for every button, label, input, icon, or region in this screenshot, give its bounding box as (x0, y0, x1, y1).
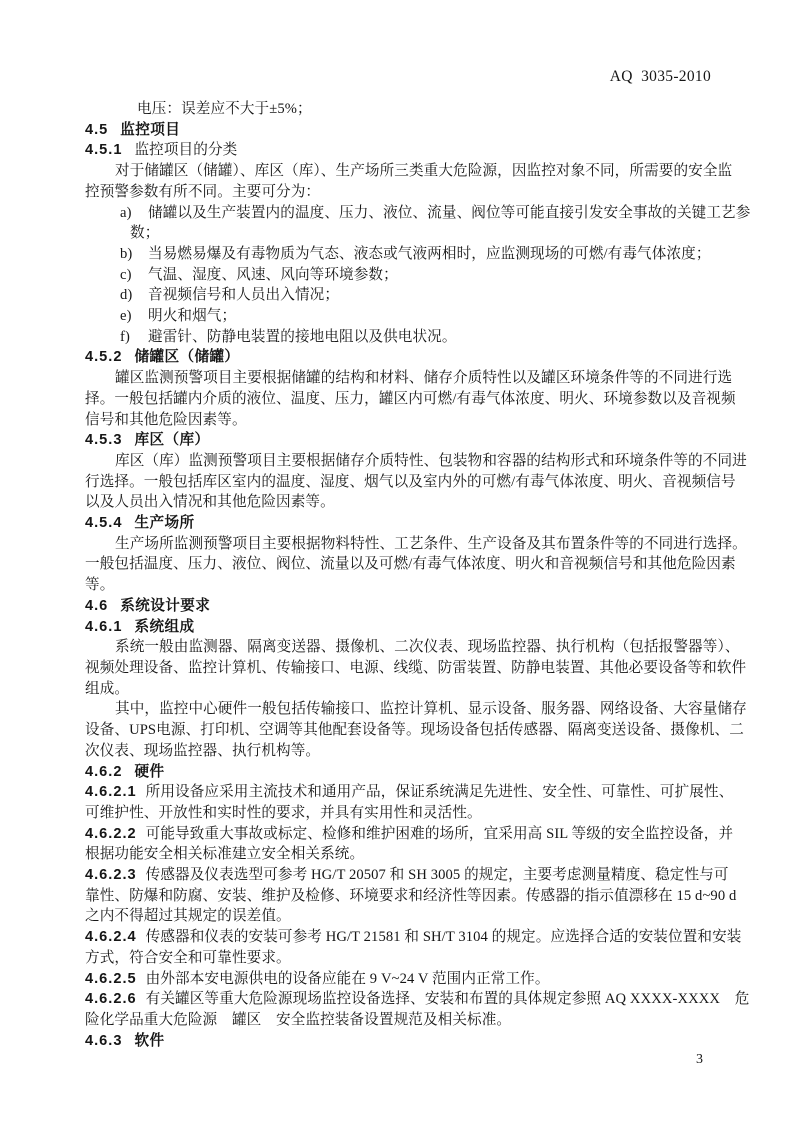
text-line: 视频处理设备、监控计算机、传输接口、电源、线缆、防雷装置、防静电装置、其他必要设… (85, 658, 717, 679)
text-line: 其中，监控中心硬件一般包括传输接口、监控计算机、显示设备、服务器、网络设备、大容… (85, 699, 717, 720)
text-line: 设备、UPS电源、打印机、空调等其他配套设备等。现场设备包括传感器、隔离变送设备… (85, 720, 717, 741)
line-text: 数； (130, 225, 159, 241)
line-text: 监控项目 (120, 122, 180, 138)
clause-number: 4.6.2 (85, 764, 122, 780)
line-text: 硬件 (134, 764, 164, 780)
list-marker: f) (120, 327, 148, 348)
line-text: 库区（库）监测预警项目主要根据储存介质特性、包装物和容器的结构形式和环境条件等的… (115, 453, 747, 469)
subsection-heading: 4.5.1监控项目的分类 (85, 140, 717, 161)
line-text: 系统设计要求 (120, 598, 210, 614)
text-line: 之内不得超过其规定的误差值。 (85, 906, 717, 927)
line-text: 库区（库） (134, 432, 209, 448)
text-line: 择。一般包括罐内介质的液位、温度、压力，罐区内可燃/有毒气体浓度、明火、环境参数… (85, 389, 717, 410)
line-text: 由外部本安电源供电的设备应能在 9 V~24 V 范围内正常工作。 (146, 971, 550, 987)
text-line: 次仪表、现场监控器、执行机构等。 (85, 741, 717, 762)
list-item: f)避雷针、防静电装置的接地电阻以及供电状况。 (85, 327, 717, 348)
line-text: 音视频信号和人员出入情况； (148, 287, 339, 303)
line-text: 以及人员出入情况和其他危险因素等。 (85, 494, 335, 510)
line-text: 系统一般由监测器、隔离变送器、摄像机、二次仪表、现场监控器、执行机构（包括报警器… (115, 639, 740, 655)
text-line: 罐区监测预警项目主要根据储罐的结构和材料、储存介质特性以及罐区环境条件等的不同进… (85, 368, 717, 389)
clause-number: 4.6 (85, 598, 108, 614)
list-marker: d) (120, 285, 148, 306)
text-line: 行选择。一般包括库区室内的温度、湿度、烟气以及室内外的可燃/有毒气体浓度、明火、… (85, 472, 717, 493)
text-line: 根据功能安全相关标准建立安全相关系统。 (85, 844, 717, 865)
line-text: 等。 (85, 577, 114, 593)
list-item: e)明火和烟气； (85, 306, 717, 327)
list-marker: e) (120, 306, 148, 327)
document-body: 电压：误差应不大于±5%；4.5监控项目4.5.1监控项目的分类对于储罐区（储罐… (85, 99, 717, 1051)
section-heading: 4.5监控项目 (85, 120, 717, 141)
list-item: d)音视频信号和人员出入情况； (85, 285, 717, 306)
line-text: 可维护性、开放性和实时性的要求，并具有实用性和灵活性。 (85, 805, 482, 821)
clause-number: 4.6.3 (85, 1033, 122, 1049)
text-line: 对于储罐区（储罐）、库区（库）、生产场所三类重大危险源，因监控对象不同，所需要的… (85, 161, 717, 182)
text-line: 险化学品重大危险源 罐区 安全监控装备设置规范及相关标准。 (85, 1010, 717, 1031)
line-text: 视频处理设备、监控计算机、传输接口、电源、线缆、防雷装置、防静电装置、其他必要设… (85, 660, 746, 676)
line-text: 系统组成 (134, 619, 194, 635)
line-text: 所用设备应采用主流技术和通用产品，保证系统满足先进性、安全性、可靠性、可扩展性、 (146, 784, 734, 800)
document-page: AQ 3035-2010 电压：误差应不大于±5%；4.5监控项目4.5.1监控… (0, 0, 793, 1122)
text-line: 以及人员出入情况和其他危险因素等。 (85, 492, 717, 513)
line-text: 设备、UPS电源、打印机、空调等其他配套设备等。现场设备包括传感器、隔离变送设备… (85, 722, 744, 738)
list-item: a)储罐以及生产装置内的温度、压力、液位、流量、阀位等可能直接引发安全事故的关键… (85, 203, 717, 224)
list-item-continuation: 数； (85, 223, 717, 244)
subsection-heading: 4.5.2储罐区（储罐） (85, 347, 717, 368)
text-line: 一般包括温度、压力、液位、阀位、流量以及可燃/有毒气体浓度、明火和音视频信号和其… (85, 554, 717, 575)
clause-paragraph-line: 4.6.2.5由外部本安电源供电的设备应能在 9 V~24 V 范围内正常工作。 (85, 969, 717, 990)
text-line: 控预警参数有所不同。主要可分为： (85, 182, 717, 203)
clause-paragraph-line: 4.6.2.3传感器及仪表选型可参考 HG/T 20507 和 SH 3005 … (85, 865, 717, 886)
clause-paragraph-line: 4.6.2.4传感器和仪表的安装可参考 HG/T 21581 和 SH/T 31… (85, 927, 717, 948)
clause-number: 4.5.1 (85, 142, 122, 158)
clause-number: 4.6.2.6 (85, 991, 137, 1007)
clause-number: 4.6.2.5 (85, 971, 137, 987)
line-text: 电压：误差应不大于±5%； (137, 101, 312, 117)
text-line: 方式，符合安全和可靠性要求。 (85, 948, 717, 969)
text-line: 信号和其他危险因素等。 (85, 410, 717, 431)
line-text: 传感器和仪表的安装可参考 HG/T 21581 和 SH/T 3104 的规定。… (146, 929, 742, 945)
subsection-heading: 4.6.3软件 (85, 1031, 717, 1052)
clause-number: 4.6.2.3 (85, 867, 137, 883)
subsection-heading: 4.5.4生产场所 (85, 513, 717, 534)
clause-number: 4.6.2.1 (85, 784, 137, 800)
list-item: b)当易燃易爆及有毒物质为气态、液态或气液两相时，应监测现场的可燃/有毒气体浓度… (85, 244, 717, 265)
line-text: 软件 (134, 1033, 164, 1049)
clause-paragraph-line: 4.6.2.6有关罐区等重大危险源现场监控设备选择、安装和布置的具体规定参照 A… (85, 989, 717, 1010)
text-line: 等。 (85, 575, 717, 596)
line-text: 储罐区（储罐） (134, 349, 239, 365)
clause-number: 4.6.2.2 (85, 826, 137, 842)
list-item: c)气温、湿度、风速、风向等环境参数； (85, 265, 717, 286)
line-text: 其中，监控中心硬件一般包括传输接口、监控计算机、显示设备、服务器、网络设备、大容… (115, 701, 747, 717)
clause-paragraph-line: 4.6.2.2可能导致重大事故或标定、检修和维护困难的场所，宜采用高 SIL 等… (85, 824, 717, 845)
clause-number: 4.5.2 (85, 349, 122, 365)
line-text: 择。一般包括罐内介质的液位、温度、压力，罐区内可燃/有毒气体浓度、明火、环境参数… (85, 391, 736, 407)
line-text: 行选择。一般包括库区室内的温度、湿度、烟气以及室内外的可燃/有毒气体浓度、明火、… (85, 474, 736, 490)
clause-number: 4.6.1 (85, 619, 122, 635)
line-text: 组成。 (85, 681, 129, 697)
line-text: 气温、湿度、风速、风向等环境参数； (148, 267, 398, 283)
indented-text-line: 电压：误差应不大于±5%； (85, 99, 717, 120)
clause-paragraph-line: 4.6.2.1所用设备应采用主流技术和通用产品，保证系统满足先进性、安全性、可靠… (85, 782, 717, 803)
line-text: 生产场所 (134, 515, 194, 531)
text-line: 库区（库）监测预警项目主要根据储存介质特性、包装物和容器的结构形式和环境条件等的… (85, 451, 717, 472)
text-line: 可维护性、开放性和实时性的要求，并具有实用性和灵活性。 (85, 803, 717, 824)
list-marker: b) (120, 244, 148, 265)
line-text: 避雷针、防静电装置的接地电阻以及供电状况。 (148, 329, 457, 345)
list-marker: a) (120, 203, 148, 224)
line-text: 根据功能安全相关标准建立安全相关系统。 (85, 846, 364, 862)
line-text: 险化学品重大危险源 罐区 安全监控装备设置规范及相关标准。 (85, 1012, 511, 1028)
clause-number: 4.6.2.4 (85, 929, 137, 945)
clause-number: 4.5.3 (85, 432, 122, 448)
subsection-heading: 4.6.2硬件 (85, 762, 717, 783)
line-text: 方式，符合安全和可靠性要求。 (85, 950, 291, 966)
line-text: 生产场所监测预警项目主要根据物料特性、工艺条件、生产设备及其布置条件等的不同进行… (115, 536, 747, 552)
text-line: 系统一般由监测器、隔离变送器、摄像机、二次仪表、现场监控器、执行机构（包括报警器… (85, 637, 717, 658)
subsection-heading: 4.6.1系统组成 (85, 617, 717, 638)
text-line: 靠性、防爆和防腐、安装、维护及检修、环境要求和经济性等因素。传感器的指示值漂移在… (85, 886, 717, 907)
subsection-heading: 4.5.3库区（库） (85, 430, 717, 451)
line-text: 监控项目的分类 (134, 142, 237, 158)
clause-number: 4.5.4 (85, 515, 122, 531)
line-text: 信号和其他危险因素等。 (85, 412, 247, 428)
standard-code-header: AQ 3035-2010 (610, 68, 711, 86)
line-text: 之内不得超过其规定的误差值。 (85, 908, 291, 924)
text-line: 组成。 (85, 679, 717, 700)
line-text: 次仪表、现场监控器、执行机构等。 (85, 743, 320, 759)
text-line: 生产场所监测预警项目主要根据物料特性、工艺条件、生产设备及其布置条件等的不同进行… (85, 534, 717, 555)
list-marker: c) (120, 265, 148, 286)
page-number: 3 (696, 1052, 703, 1068)
clause-number: 4.5 (85, 122, 108, 138)
line-text: 当易燃易爆及有毒物质为气态、液态或气液两相时，应监测现场的可燃/有毒气体浓度； (148, 246, 711, 262)
line-text: 可能导致重大事故或标定、检修和维护困难的场所，宜采用高 SIL 等级的安全监控设… (146, 826, 734, 842)
line-text: 传感器及仪表选型可参考 HG/T 20507 和 SH 3005 的规定，主要考… (146, 867, 729, 883)
line-text: 有关罐区等重大危险源现场监控设备选择、安装和布置的具体规定参照 AQ XXXX-… (146, 991, 750, 1007)
section-heading: 4.6系统设计要求 (85, 596, 717, 617)
line-text: 明火和烟气； (148, 308, 236, 324)
line-text: 罐区监测预警项目主要根据储罐的结构和材料、储存介质特性以及罐区环境条件等的不同进… (115, 370, 732, 386)
line-text: 控预警参数有所不同。主要可分为： (85, 184, 320, 200)
line-text: 储罐以及生产装置内的温度、压力、液位、流量、阀位等可能直接引发安全事故的关键工艺… (148, 205, 750, 221)
line-text: 靠性、防爆和防腐、安装、维护及检修、环境要求和经济性等因素。传感器的指示值漂移在… (85, 888, 736, 904)
line-text: 一般包括温度、压力、液位、阀位、流量以及可燃/有毒气体浓度、明火和音视频信号和其… (85, 556, 736, 572)
line-text: 对于储罐区（储罐）、库区（库）、生产场所三类重大危险源，因监控对象不同，所需要的… (115, 163, 732, 179)
